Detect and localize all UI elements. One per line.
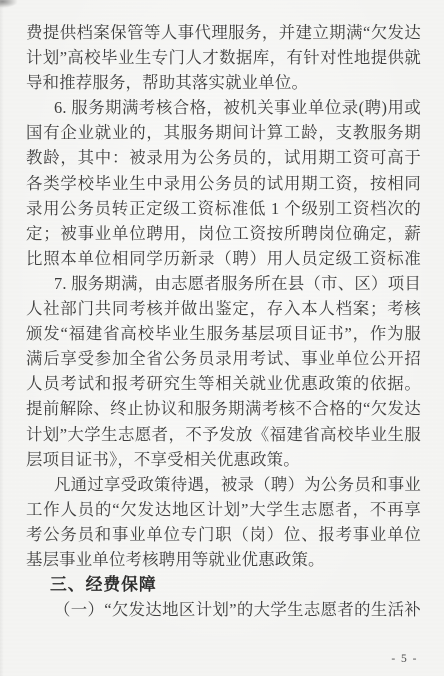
- text-line: 录用公务员转正定级工资标准低 1 个级别工资档次的数额确: [26, 196, 421, 221]
- document-page: 费提供档案保管等人事代理服务，并建立期满“欠发达地区计划”高校毕业生专门人才数据…: [0, 0, 444, 676]
- text-line: 人员考试和报考研究生等相关就业优惠政策的依据。对因故: [26, 371, 421, 396]
- text-line: 6. 服务期满考核合格，被机关事业单位录(聘)用或进入: [26, 95, 421, 120]
- text-line: 计划”大学生志愿者，不予发放《福建省高校毕业生服务基: [26, 422, 421, 447]
- text-line: 工作人员的“欠发达地区计划”大学生志愿者，不再享受报: [26, 497, 421, 522]
- text-line: 考公务员和事业单位专门职（岗）位、报考事业单位加分和: [26, 522, 421, 547]
- text-line: 计划”高校毕业生专门人才数据库，有针对性地提供就业指: [26, 45, 421, 70]
- section-heading: 三、经费保障: [26, 572, 421, 597]
- text-line: 费提供档案保管等人事代理服务，并建立期满“欠发达地区: [26, 20, 421, 45]
- text-line: 颁发“福建省高校毕业生服务基层项目证书”，作为服务期: [26, 321, 421, 346]
- text-line: 满后享受参加全省公务员录用考试、事业单位公开招聘工作: [26, 346, 421, 371]
- text-line: （一）“欠发达地区计划”的大学生志愿者的生活补贴、: [26, 597, 421, 622]
- text-line: 定；被事业单位聘用，岗位工资按所聘岗位确定，薪级工资: [26, 221, 421, 246]
- text-line: 人社部门共同考核并做出鉴定，存入本人档案；考核合格的，: [26, 296, 421, 321]
- text-line: 教龄，其中：被录用为公务员的，试用期工资可高于直接从: [26, 145, 421, 170]
- text-line: 7. 服务期满，由志愿者服务所在县（市、区）项目办和: [26, 271, 421, 296]
- document-body: 费提供档案保管等人事代理服务，并建立期满“欠发达地区计划”高校毕业生专门人才数据…: [26, 20, 421, 622]
- text-line: 凡通过享受政策待遇，被录（聘）为公务员和事业单位: [26, 472, 421, 497]
- text-line: 比照本单位相同学历新录（聘）用人员定级工资标准确定。: [26, 246, 421, 271]
- scan-smudge-artifact: [0, 0, 18, 8]
- scan-edge-shade: [0, 0, 4, 676]
- page-number: - 5 -: [391, 653, 418, 665]
- text-line: 层项目证书》，不享受相关优惠政策。: [26, 447, 421, 472]
- text-line: 提前解除、终止协议和服务期满考核不合格的“欠发达地区: [26, 396, 421, 421]
- text-line: 各类学校毕业生中录用公务员的试用期工资，按相同学历新: [26, 171, 421, 196]
- text-line: 基层事业单位考核聘用等就业优惠政策。: [26, 547, 421, 572]
- text-line: 国有企业就业的，其服务期间计算工龄，支教服务期间计算: [26, 120, 421, 145]
- text-line: 导和推荐服务，帮助其落实就业单位。: [26, 70, 421, 95]
